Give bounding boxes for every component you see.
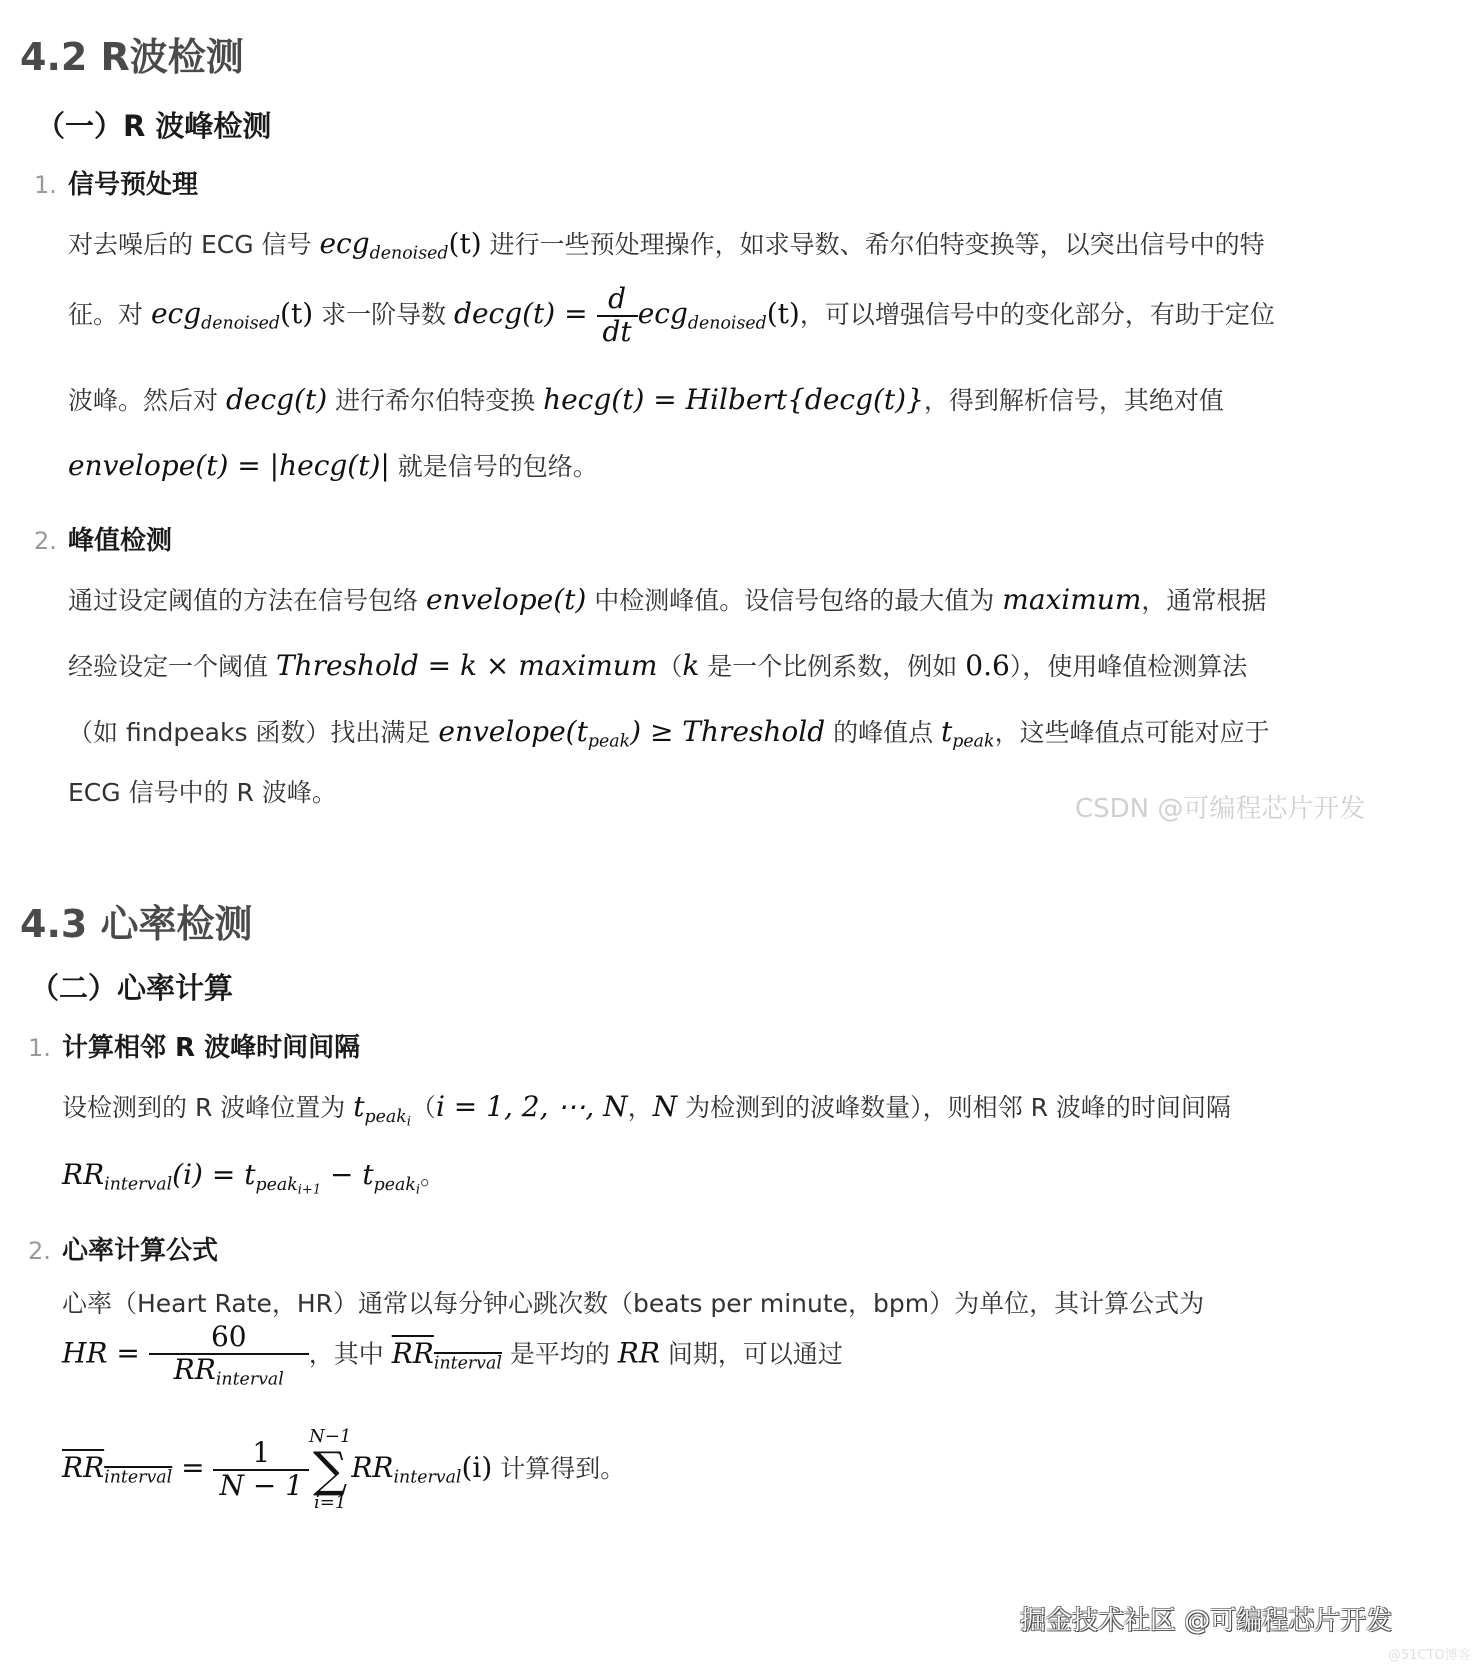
list-number: 1. — [34, 171, 57, 199]
watermark-csdn: CSDN @可编程芯片开发 — [1075, 788, 1365, 825]
list-title: 峰值检测 — [68, 526, 172, 556]
list-item-peak-detection: 2. 峰值检测 — [34, 520, 172, 557]
paragraph-line: 经验设定一个阈值 Threshold = k × maximum（k 是一个比例… — [68, 647, 1247, 683]
fraction-60-rr: 60RRinterval — [149, 1322, 309, 1389]
list-title: 信号预处理 — [68, 170, 198, 200]
section-heading-4-3: 4.3 心率检测 — [20, 893, 253, 948]
watermark-juejin: 掘金技术社区 @可编程芯片开发 — [1020, 1600, 1392, 1637]
list-item-preprocessing: 1. 信号预处理 — [34, 164, 198, 201]
paragraph-line: 征。对 ecgdenoised(t) 求一阶导数 decg(t) = ddtec… — [68, 284, 1275, 348]
fraction-d-dt: ddt — [597, 284, 638, 348]
paragraph-line: 心率（Heart Rate，HR）通常以每分钟心跳次数（beats per mi… — [62, 1284, 1204, 1320]
list-number: 1. — [28, 1034, 51, 1062]
subheading-r-peak-detection: （一）R 波峰检测 — [36, 104, 271, 145]
formula-mean-rr: RRinterval = 1N − 1N−1∑i=1RRinterval(i) … — [62, 1428, 625, 1512]
subheading-heart-rate-calc: （二）心率计算 — [30, 966, 233, 1007]
sigma-icon: N−1∑i=1 — [309, 1428, 351, 1512]
paragraph-line: 波峰。然后对 decg(t) 进行希尔伯特变换 hecg(t) = Hilber… — [68, 381, 1224, 417]
paragraph-line: 设检测到的 R 波峰位置为 tpeaki（i = 1, 2, ⋯, N，N 为检… — [62, 1088, 1231, 1129]
list-item-hr-formula: 2. 心率计算公式 — [28, 1230, 218, 1267]
fraction-1-over-n-minus-1: 1N − 1 — [213, 1438, 309, 1502]
formula-rr-interval: RRinterval(i) = tpeaki+1 − tpeaki。 — [62, 1156, 445, 1197]
paragraph-line: ECG 信号中的 R 波峰。 — [68, 773, 337, 809]
paragraph-line: envelope(t) = |hecg(t)| 就是信号的包络。 — [68, 447, 598, 483]
list-item-rr-interval: 1. 计算相邻 R 波峰时间间隔 — [28, 1027, 360, 1064]
paragraph-line: 通过设定阈值的方法在信号包络 envelope(t) 中检测峰值。设信号包络的最… — [68, 581, 1266, 617]
paragraph-line: （如 findpeaks 函数）找出满足 envelope(tpeak) ≥ T… — [68, 713, 1270, 752]
list-title: 心率计算公式 — [62, 1236, 218, 1266]
list-number: 2. — [28, 1237, 51, 1265]
watermark-51cto: @51CTO博客 — [1388, 1644, 1471, 1663]
paragraph-line: 对去噪后的 ECG 信号 ecgdenoised(t) 进行一些预处理操作，如求… — [68, 225, 1265, 264]
formula-hr: HR = 60RRinterval，其中 RRinterval 是平均的 RR … — [62, 1322, 843, 1389]
list-title: 计算相邻 R 波峰时间间隔 — [62, 1033, 360, 1063]
list-number: 2. — [34, 527, 57, 555]
section-heading-4-2: 4.2 R波检测 — [20, 26, 244, 81]
